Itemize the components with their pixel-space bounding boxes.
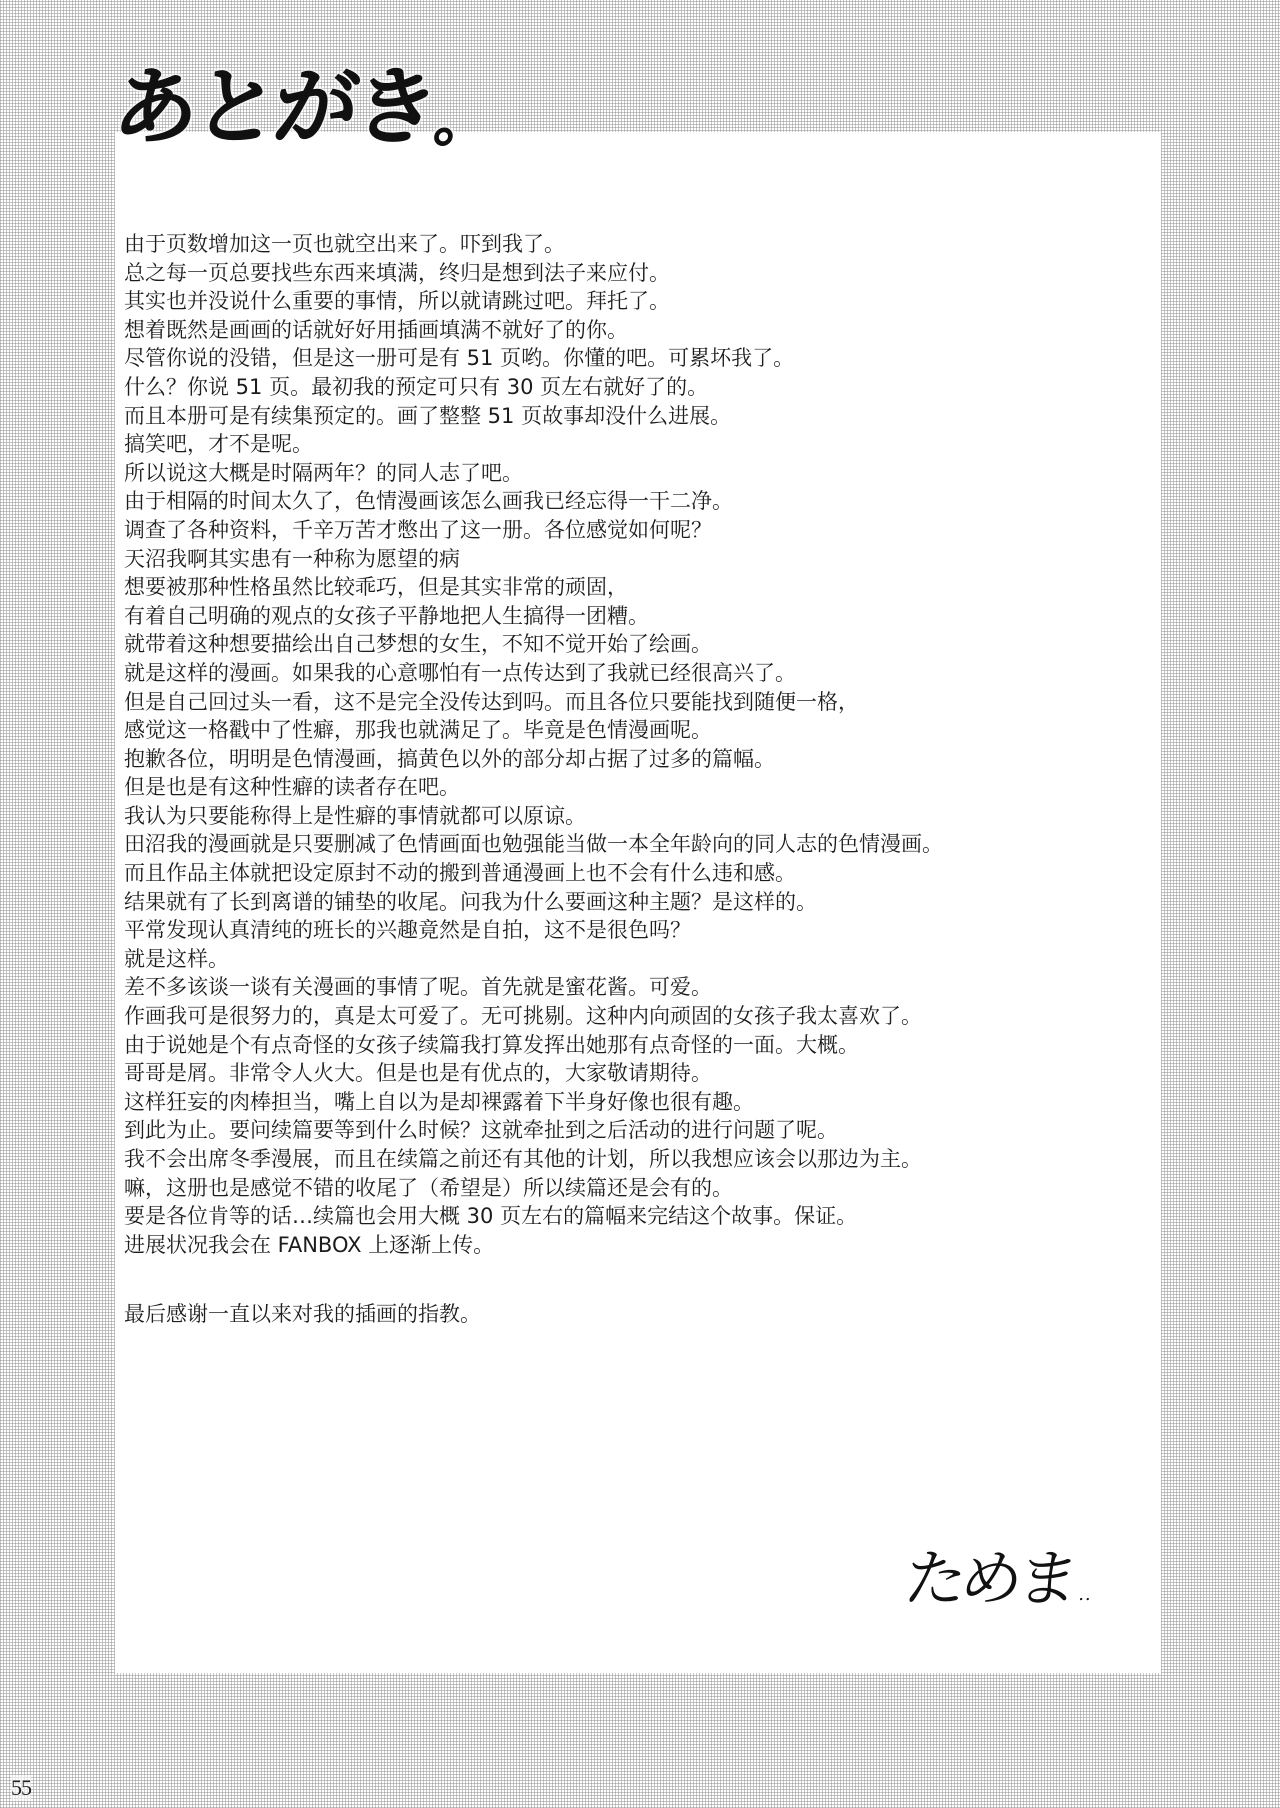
body-line: 哥哥是屑。非常令人火大。但是也是有优点的，大家敬请期待。 bbox=[124, 1059, 1164, 1088]
body-line: 总之每一页总要找些东西来填满，终归是想到法子来应付。 bbox=[124, 259, 1164, 288]
body-line: 由于说她是个有点奇怪的女孩子续篇我打算发挥出她那有点奇怪的一面。大概。 bbox=[124, 1031, 1164, 1060]
body-line: 田沼我的漫画就是只要删减了色情画面也勉强能当做一本全年龄向的同人志的色情漫画。 bbox=[124, 830, 1164, 859]
body-line: 就是这样。 bbox=[124, 945, 1164, 974]
body-line: 就是这样的漫画。如果我的心意哪怕有一点传达到了我就已经很高兴了。 bbox=[124, 659, 1164, 688]
body-line: 什么？你说 51 页。最初我的预定可只有 30 页左右就好了的。 bbox=[124, 373, 1164, 402]
body-line: 有着自己明确的观点的女孩子平静地把人生搞得一团糟。 bbox=[124, 602, 1164, 631]
page-number: 55 bbox=[11, 1775, 31, 1801]
body-line: 但是也是有这种性癖的读者存在吧。 bbox=[124, 773, 1164, 802]
body-line: 尽管你说的没错，但是这一册可是有 51 页哟。你懂的吧。可累坏我了。 bbox=[124, 344, 1164, 373]
closing-line: 最后感谢一直以来对我的插画的指教。 bbox=[124, 1300, 1164, 1329]
body-line: 由于相隔的时间太久了，色情漫画该怎么画我已经忘得一干二净。 bbox=[124, 487, 1164, 516]
body-line: 就带着这种想要描绘出自己梦想的女生，不知不觉开始了绘画。 bbox=[124, 630, 1164, 659]
body-line: 进展状况我会在 FANBOX 上逐渐上传。 bbox=[124, 1231, 1164, 1260]
body-line: 而且作品主体就把设定原封不动的搬到普通漫画上也不会有什么违和感。 bbox=[124, 859, 1164, 888]
body-line: 平常发现认真清纯的班长的兴趣竟然是自拍，这不是很色吗？ bbox=[124, 916, 1164, 945]
body-line: 到此为止。要问续篇要等到什么时候？这就牵扯到之后活动的进行问题了呢。 bbox=[124, 1116, 1164, 1145]
body-line: 其实也并没说什么重要的事情，所以就请跳过吧。拜托了。 bbox=[124, 287, 1164, 316]
paragraph-gap bbox=[124, 1259, 1164, 1300]
body-line: 天沼我啊其实患有一种称为愿望的病 bbox=[124, 545, 1164, 574]
body-line: 感觉这一格戳中了性癖，那我也就满足了。毕竟是色情漫画呢。 bbox=[124, 716, 1164, 745]
body-line: 作画我可是很努力的，真是太可爱了。无可挑剔。这种内向顽固的女孩子我太喜欢了。 bbox=[124, 1002, 1164, 1031]
body-line: 嘛，这册也是感觉不错的收尾了（希望是）所以续篇还是会有的。 bbox=[124, 1174, 1164, 1203]
body-line: 要是各位肯等的话…续篇也会用大概 30 页左右的篇幅来完结这个故事。保证。 bbox=[124, 1202, 1164, 1231]
afterword-title: あとがき。 bbox=[102, 30, 505, 153]
body-line: 而且本册可是有续集预定的。画了整整 51 页故事却没什么进展。 bbox=[124, 402, 1164, 431]
body-line: 我不会出席冬季漫展，而且在续篇之前还有其他的计划，所以我想应该会以那边为主。 bbox=[124, 1145, 1164, 1174]
body-line: 调查了各种资料，千辛万苦才憋出了这一册。各位感觉如何呢？ bbox=[124, 516, 1164, 545]
body-line: 所以说这大概是时隔两年？的同人志了吧。 bbox=[124, 459, 1164, 488]
body-line: 结果就有了长到离谱的铺垫的收尾。问我为什么要画这种主题？是这样的。 bbox=[124, 888, 1164, 917]
afterword-body: 由于页数增加这一页也就空出来了。吓到我了。 总之每一页总要找些东西来填满，终归是… bbox=[124, 230, 1164, 1329]
body-line: 差不多该谈一谈有关漫画的事情了呢。首先就是蜜花酱。可爱。 bbox=[124, 973, 1164, 1002]
author-signature: ためま.. bbox=[901, 1548, 1099, 1610]
body-line: 搞笑吧，才不是呢。 bbox=[124, 430, 1164, 459]
body-line: 抱歉各位，明明是色情漫画，搞黄色以外的部分却占据了过多的篇幅。 bbox=[124, 745, 1164, 774]
signature-text: ためま bbox=[900, 1542, 1078, 1615]
body-line: 这样狂妄的肉棒担当，嘴上自以为是却裸露着下半身好像也很有趣。 bbox=[124, 1088, 1164, 1117]
body-line: 我认为只要能称得上是性癖的事情就都可以原谅。 bbox=[124, 802, 1164, 831]
title-text: あとがき bbox=[110, 65, 439, 149]
body-line: 由于页数增加这一页也就空出来了。吓到我了。 bbox=[124, 230, 1164, 259]
body-line: 想要被那种性格虽然比较乖巧，但是其实非常的顽固， bbox=[124, 573, 1164, 602]
body-line: 但是自己回过头一看，这不是完全没传达到吗。而且各位只要能找到随便一格， bbox=[124, 688, 1164, 717]
title-period: 。 bbox=[432, 93, 490, 149]
body-line: 想着既然是画画的话就好好用插画填满不就好了的你。 bbox=[124, 316, 1164, 345]
